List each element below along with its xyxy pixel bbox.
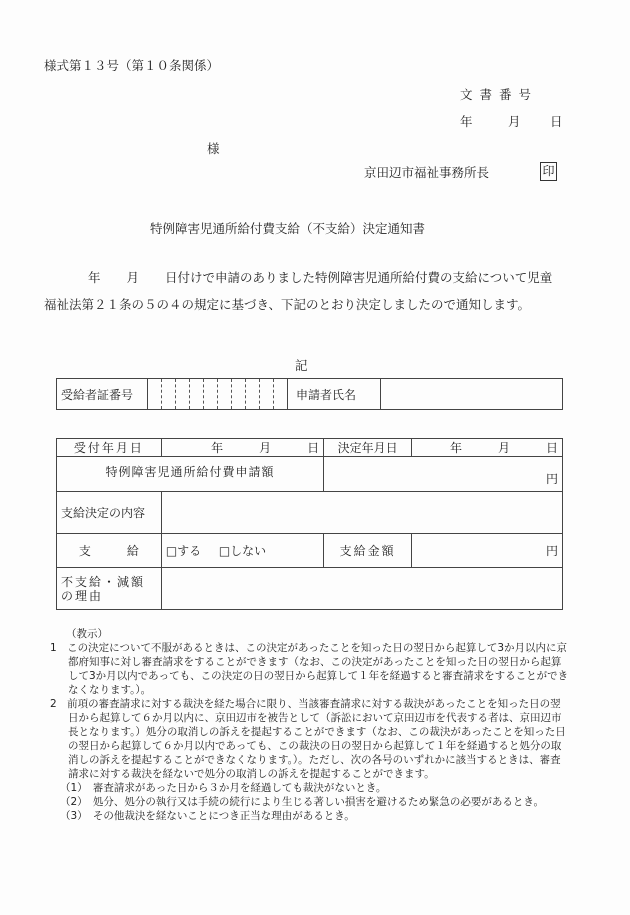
- addressee-suffix: 様: [207, 139, 220, 157]
- notice-heading: （教示）: [50, 627, 570, 641]
- notice-sub-item-2: （2） 処分、処分の執行又は手続の続行により生じる著しい損害を避けるため緊急の必…: [50, 795, 570, 809]
- payment-amount-field[interactable]: 円: [412, 534, 563, 568]
- intro-month: 月: [127, 270, 140, 285]
- reason-field[interactable]: [161, 568, 562, 610]
- decision-date-field[interactable]: 年 月 日: [412, 439, 563, 457]
- notice-section: （教示） 1 この決定について不服があるときは、この決定があったことを知った日の…: [50, 627, 570, 823]
- decision-content-field[interactable]: [161, 492, 562, 534]
- decision-content-label: 支給決定の内容: [57, 492, 162, 534]
- payment-label: 支 給: [57, 534, 162, 568]
- recipient-number-digit[interactable]: [232, 379, 246, 410]
- ki-heading: 記: [295, 356, 308, 374]
- application-amount-label: 特例障害児通所給付費申請額: [57, 457, 324, 492]
- receipt-date-label: 受付年月日: [57, 439, 162, 457]
- recipient-number-digit[interactable]: [176, 379, 190, 410]
- payment-no-checkbox[interactable]: □しない: [219, 544, 266, 558]
- notice-sub-item-3: （3） その他裁決を経ないことにつき正当な理由があるとき。: [50, 809, 570, 823]
- recipient-number-digit[interactable]: [204, 379, 218, 410]
- decision-date-label: 決定年月日: [324, 439, 412, 457]
- document-title: 特例障害児通所給付費支給（不支給）決定通知書: [150, 219, 425, 237]
- recipient-number-digit[interactable]: [260, 379, 274, 410]
- payment-amount-label: 支給金額: [324, 534, 412, 568]
- notice-sub-item-1: （1） 審査請求があった日から３か月を経過しても裁決がないとき。: [50, 781, 570, 795]
- payment-yes-checkbox[interactable]: □する: [166, 544, 201, 558]
- intro-year: 年: [88, 270, 101, 285]
- payment-options: □する □しない: [161, 534, 323, 568]
- applicant-name-label: 申請者氏名: [288, 379, 381, 410]
- form-number: 様式第１３号（第１０条関係）: [44, 56, 219, 74]
- document-number-label: 文書番号: [460, 85, 538, 103]
- yen-unit: 円: [546, 544, 558, 558]
- receipt-date-field[interactable]: 年 月 日: [161, 439, 323, 457]
- notice-item-1: 1 この決定について不服があるときは、この決定があったことを知った日の翌日から起…: [50, 641, 570, 697]
- notice-item-2: 2 前項の審査請求に対する裁決を経た場合に限り、当該審査請求に対する裁決があった…: [50, 697, 570, 781]
- recipient-number-label: 受給者証番号: [57, 379, 148, 410]
- recipient-table: 受給者証番号 申請者氏名: [56, 378, 563, 410]
- body-text: 日付けで申請のありました特例障害児通所給付費の支給について児童福祉法第２１条の５…: [44, 270, 552, 312]
- recipient-number-digit[interactable]: [190, 379, 204, 410]
- month-label: 月: [508, 112, 550, 130]
- application-amount-field[interactable]: 円: [324, 457, 563, 492]
- recipient-number-digit[interactable]: [148, 379, 162, 410]
- recipient-number-digit[interactable]: [218, 379, 232, 410]
- decision-table: 受付年月日 年 月 日 決定年月日 年 月 日 特例障害児通所給付費申請額 円 …: [56, 438, 563, 610]
- yen-unit: 円: [546, 472, 558, 486]
- recipient-number-digit[interactable]: [162, 379, 176, 410]
- year-label: 年: [460, 112, 508, 130]
- issuer-name: 京田辺市福祉事務所長: [364, 163, 489, 181]
- issue-date: 年月日: [460, 112, 563, 130]
- applicant-name-field[interactable]: [381, 379, 563, 410]
- recipient-number-digit[interactable]: [246, 379, 260, 410]
- seal-mark: 印: [540, 162, 557, 181]
- reason-label: 不支給・減額の理由: [57, 568, 162, 610]
- body-paragraph: 年月日付けで申請のありました特例障害児通所給付費の支給について児童福祉法第２１条…: [44, 264, 564, 318]
- recipient-number-digit[interactable]: [274, 379, 288, 410]
- day-label: 日: [550, 112, 563, 130]
